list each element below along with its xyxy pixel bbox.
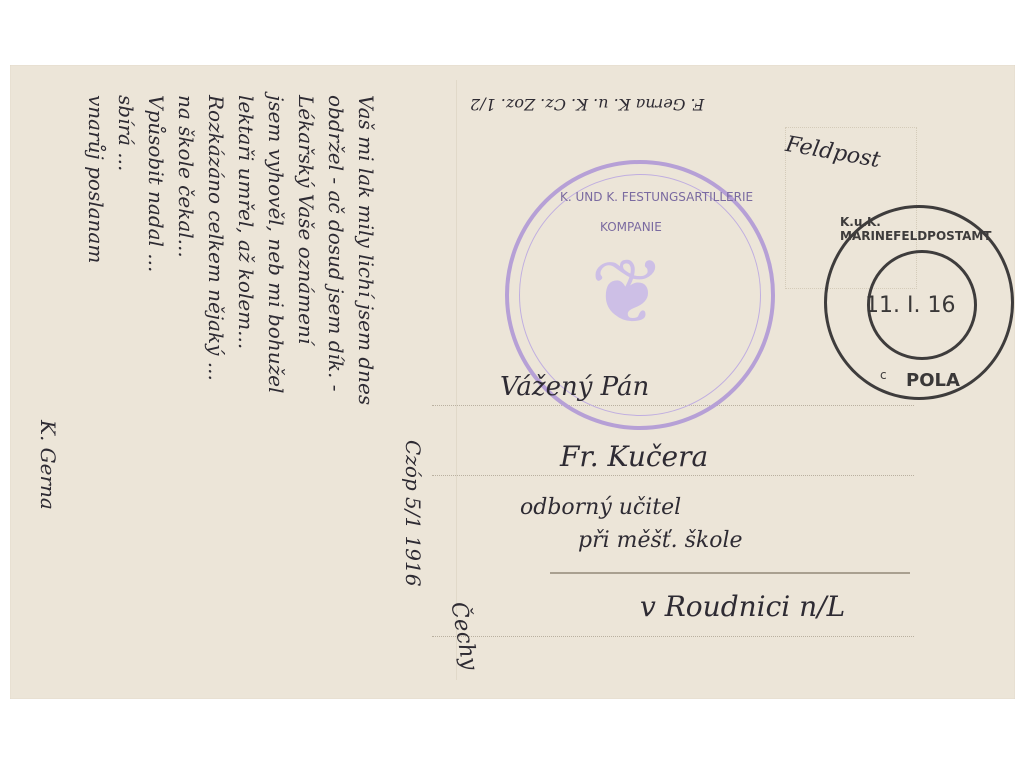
- message-line: Vpůsobit nadal ...: [144, 95, 168, 272]
- postmark-letter: c: [880, 368, 887, 382]
- recipient-salutation: Vážený Pán: [500, 372, 649, 402]
- sender-line: F. Gerna K. u. K. Cz. Zoz. 1/2: [470, 95, 704, 114]
- message-line: lektaři umřel, až kolem...: [234, 95, 258, 349]
- message-line: jsem vyhověl, neb mi bohužel: [264, 95, 288, 393]
- postcard-divider: [456, 80, 457, 680]
- double-headed-eagle-icon: ❦: [590, 240, 665, 345]
- recipient-name: Fr. Kučera: [560, 440, 708, 473]
- message-line: obdržel - ač dosud jsem dík. -: [324, 95, 348, 392]
- recipient-title: odborný učitel: [520, 495, 681, 520]
- place-date: Czóp 5/1 1916: [401, 440, 425, 586]
- message-line: na škole čekal...: [174, 95, 198, 258]
- address-line: [432, 636, 914, 637]
- unit-stamp-inner-text: KOMPANIE: [600, 220, 662, 234]
- message-line: Vaš mi lak mily lichí jsem dnes: [354, 95, 378, 405]
- message-line: Rozkázáno celkem nějaký ...: [204, 95, 228, 381]
- postmark-date: 11. I. 16: [865, 293, 955, 318]
- recipient-school: při měšť. škole: [578, 528, 743, 553]
- message-line: Lékařský Vaše oznámení: [294, 95, 318, 344]
- signature: K. Gerna: [36, 420, 60, 510]
- address-line: [432, 475, 914, 476]
- address-line: [550, 572, 910, 574]
- message-line: sbírá ...: [114, 95, 138, 171]
- postmark-outer-text: K.u.K. MARINEFELDPOSTAMT: [840, 215, 1024, 243]
- postmark-location: POLA: [906, 370, 960, 391]
- recipient-place: v Roudnici n/L: [640, 590, 845, 623]
- unit-stamp-outer-text: K. UND K. FESTUNGSARTILLERIE: [560, 190, 753, 204]
- message-line: vnarůj poslanam: [84, 95, 108, 263]
